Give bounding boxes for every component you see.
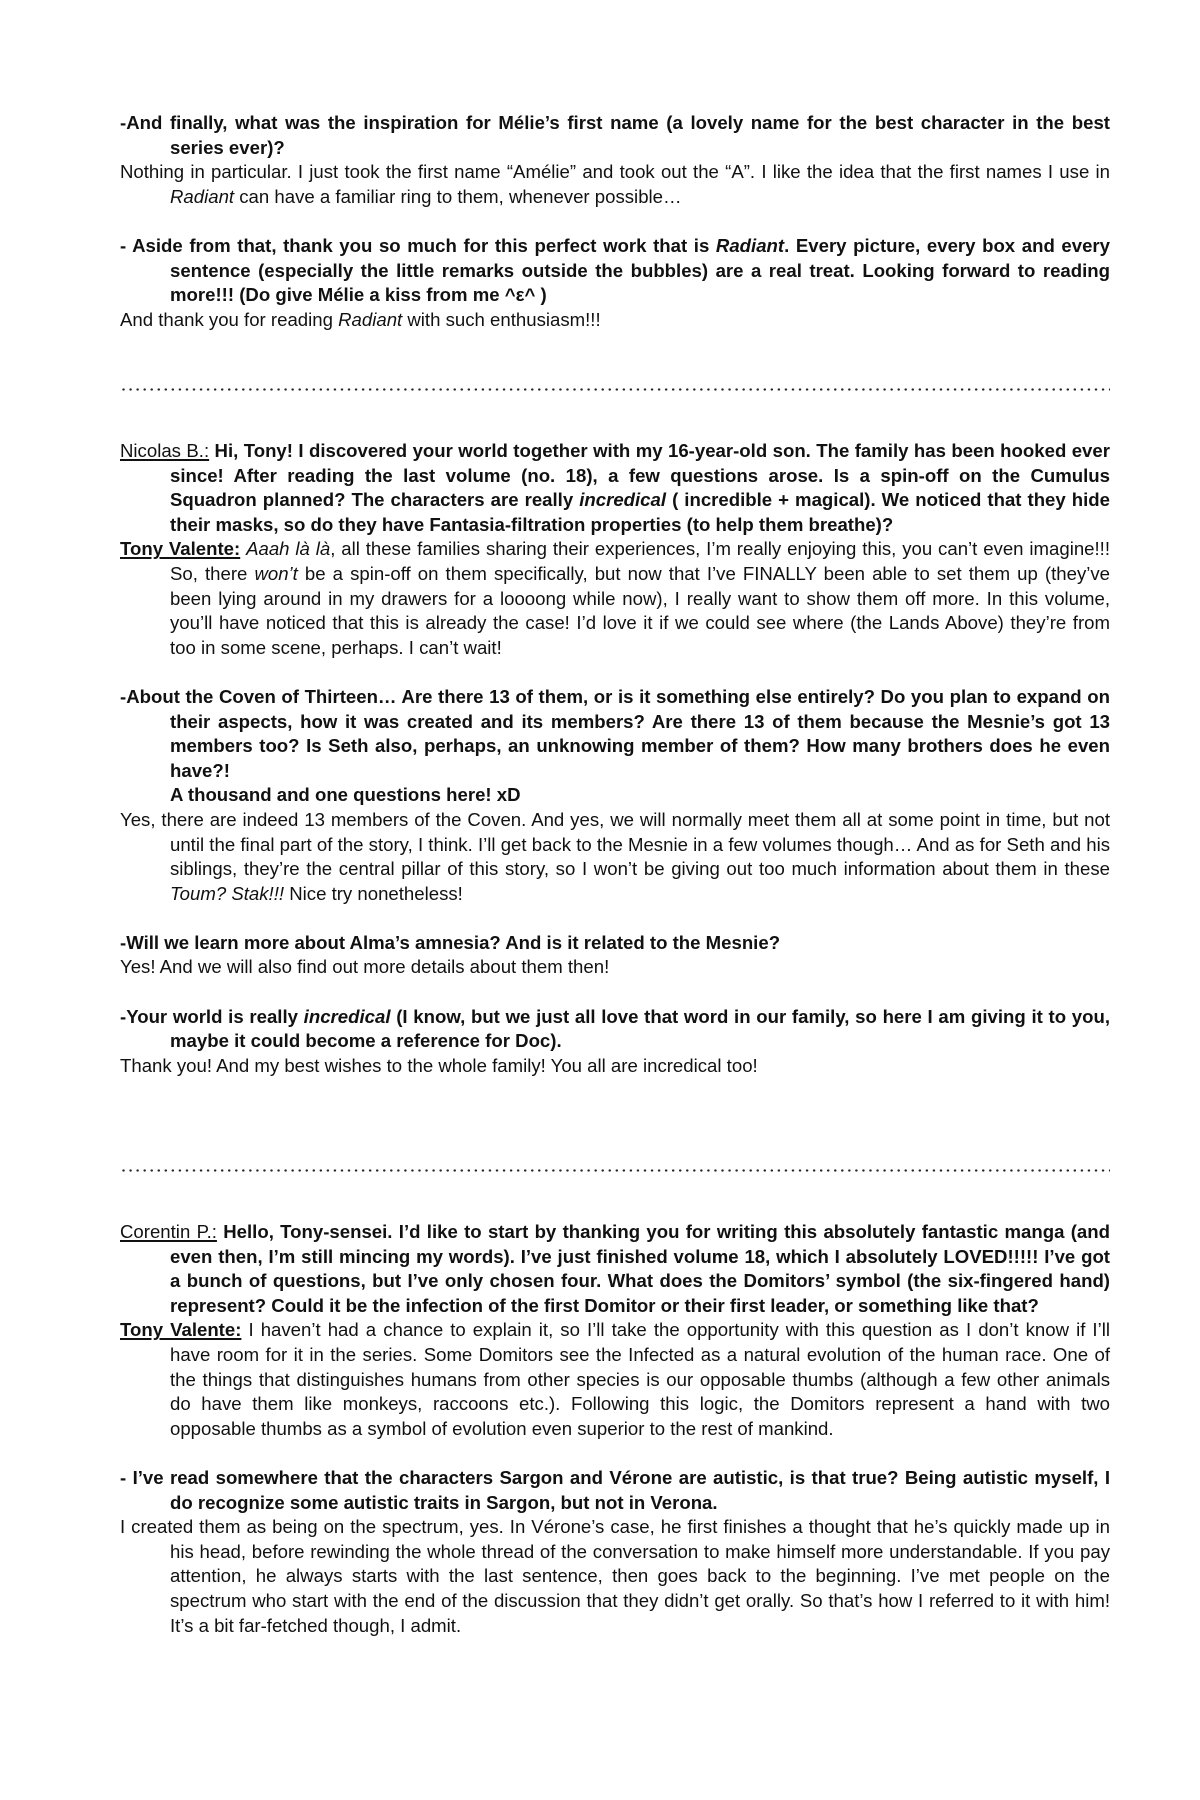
text-run: A thousand and one questions here! xD (170, 784, 521, 805)
author-answer: Yes! And we will also find out more deta… (120, 955, 1110, 980)
text-run: I haven’t had a chance to explain it, so… (170, 1319, 1110, 1438)
text-run: - I’ve read somewhere that the character… (120, 1467, 1110, 1513)
text-run: - Aside from that, thank you so much for… (120, 235, 716, 256)
text-run: Yes! And we will also find out more deta… (120, 956, 609, 977)
speaker-name: Tony Valente: (120, 1319, 241, 1340)
text-run: -About the Coven of Thirteen… Are there … (120, 686, 1110, 781)
reader-question: Corentin P.: Hello, Tony-sensei. I’d lik… (120, 1220, 1110, 1318)
text-run: And thank you for reading (120, 309, 338, 330)
author-answer: Thank you! And my best wishes to the who… (120, 1054, 1110, 1079)
text-run: -And finally, what was the inspiration f… (120, 112, 1110, 158)
text-run: Nothing in particular. I just took the f… (120, 161, 1110, 182)
section-nicolas-b: Nicolas B.: Hi, Tony! I discovered your … (120, 439, 1110, 1078)
dotted-separator (120, 1169, 1110, 1172)
section-corentin-p: Corentin P.: Hello, Tony-sensei. I’d lik… (120, 1220, 1110, 1638)
author-answer: Tony Valente: Aaah là là, all these fami… (120, 537, 1110, 660)
text-run: can have a familiar ring to them, whenev… (234, 186, 682, 207)
text-run: Nice try nonetheless! (284, 883, 463, 904)
italic-text: Radiant (338, 309, 402, 330)
paragraph-gap (120, 906, 1110, 931)
reader-question: Nicolas B.: Hi, Tony! I discovered your … (120, 439, 1110, 537)
reader-question: - Aside from that, thank you so much for… (120, 234, 1110, 308)
italic-text: Radiant (170, 186, 234, 207)
speaker-name: Corentin P.: (120, 1221, 217, 1242)
reader-question: A thousand and one questions here! xD (120, 783, 1110, 808)
italic-text: Radiant (716, 235, 784, 256)
author-answer: Yes, there are indeed 13 members of the … (120, 808, 1110, 906)
reader-question: -Will we learn more about Alma’s amnesia… (120, 931, 1110, 956)
reader-question: -And finally, what was the inspiration f… (120, 111, 1110, 160)
author-answer: Nothing in particular. I just took the f… (120, 160, 1110, 209)
reader-question: -About the Coven of Thirteen… Are there … (120, 685, 1110, 783)
text-run: -Your world is really (120, 1006, 304, 1027)
italic-text: Aaah là là (246, 538, 330, 559)
italic-text: incredical (304, 1006, 391, 1027)
text-run: -Will we learn more about Alma’s amnesia… (120, 932, 780, 953)
text-run: Yes, there are indeed 13 members of the … (120, 809, 1110, 879)
text-run: Thank you! And my best wishes to the who… (120, 1055, 758, 1076)
author-answer: And thank you for reading Radiant with s… (120, 308, 1110, 333)
speaker-name: Nicolas B.: (120, 440, 209, 461)
paragraph-gap (120, 1441, 1110, 1466)
author-answer: Tony Valente: I haven’t had a chance to … (120, 1318, 1110, 1441)
text-run: with such enthusiasm!!! (402, 309, 600, 330)
italic-text: Toum? Stak!!! (170, 883, 284, 904)
author-answer: I created them as being on the spectrum,… (120, 1515, 1110, 1638)
paragraph-gap (120, 209, 1110, 234)
text-run: I created them as being on the spectrum,… (120, 1516, 1110, 1635)
document-page: -And finally, what was the inspiration f… (0, 0, 1200, 1800)
italic-text: incredical (579, 489, 666, 510)
reader-question: -Your world is really incredical (I know… (120, 1005, 1110, 1054)
speaker-name: Tony Valente: (120, 538, 240, 559)
text-run: be a spin-off on them specifically, but … (170, 563, 1110, 658)
dotted-separator (120, 388, 1110, 391)
text-run: Hello, Tony-sensei. I’d like to start by… (170, 1221, 1110, 1316)
section-melie: -And finally, what was the inspiration f… (120, 111, 1110, 332)
paragraph-gap (120, 980, 1110, 1005)
reader-question: - I’ve read somewhere that the character… (120, 1466, 1110, 1515)
paragraph-gap (120, 660, 1110, 685)
italic-text: won’t (254, 563, 297, 584)
